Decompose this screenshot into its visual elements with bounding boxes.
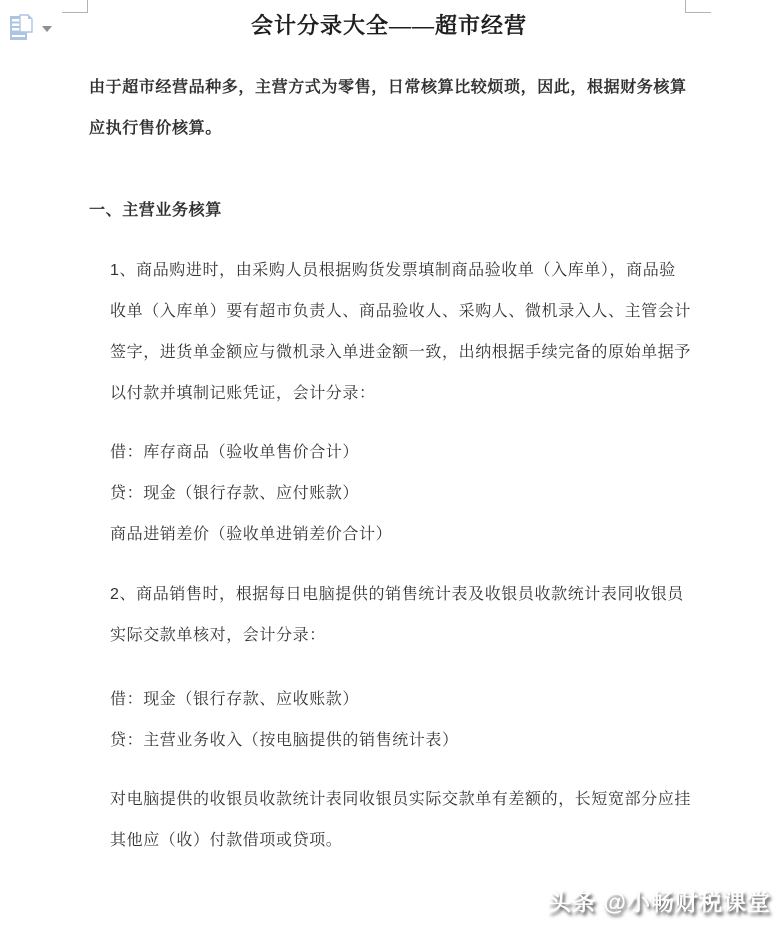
document-body: 由于超市经营品种多，主营方式为零售，日常核算比较烦琐，因此，根据财务核算应执行售… [0,67,778,861]
entry-credit-cash: 贷：现金（银行存款、应付账款） [110,473,691,514]
entry-price-difference: 商品进销差价（验收单进销差价合计） [110,514,691,555]
entry-debit-inventory: 借：库存商品（验收单售价合计） [110,432,691,473]
intro-paragraph: 由于超市经营品种多，主营方式为零售，日常核算比较烦琐，因此，根据财务核算应执行售… [89,67,691,149]
paste-options-icon [9,14,34,41]
paragraph-sales: 2、商品销售时，根据每日电脑提供的销售统计表及收银员收款统计表同收银员实际交款单… [110,574,691,656]
text-boundary-corner-right [685,0,711,13]
entry-credit-revenue: 贷：主营业务收入（按电脑提供的销售统计表） [110,720,691,761]
entry-debit-cash: 借：现金（银行存款、应收账款） [110,679,691,720]
paragraph-discrepancy: 对电脑提供的收银员收款统计表同收银员实际交款单有差额的，长短宽部分应挂其他应（收… [110,779,691,861]
paragraph-purchase: 1、商品购进时，由采购人员根据购货发票填制商品验收单（入库单），商品验收单（入库… [110,250,691,414]
document-title: 会计分录大全——超市经营 [0,6,778,46]
chevron-down-icon [42,26,52,32]
journal-entries-sales: 借：现金（银行存款、应收账款） 贷：主营业务收入（按电脑提供的销售统计表） [110,679,691,761]
journal-entries-purchase: 借：库存商品（验收单售价合计） 贷：现金（银行存款、应付账款） 商品进销差价（验… [110,432,691,555]
document-page: 会计分录大全——超市经营 由于超市经营品种多，主营方式为零售，日常核算比较烦琐，… [0,0,778,928]
watermark-toutiao: 头条 @小畅财税课堂 [548,884,771,917]
paste-options-button[interactable] [9,14,52,41]
section-heading-main-business: 一、主营业务核算 [89,190,691,231]
text-boundary-corner-left [62,0,88,13]
